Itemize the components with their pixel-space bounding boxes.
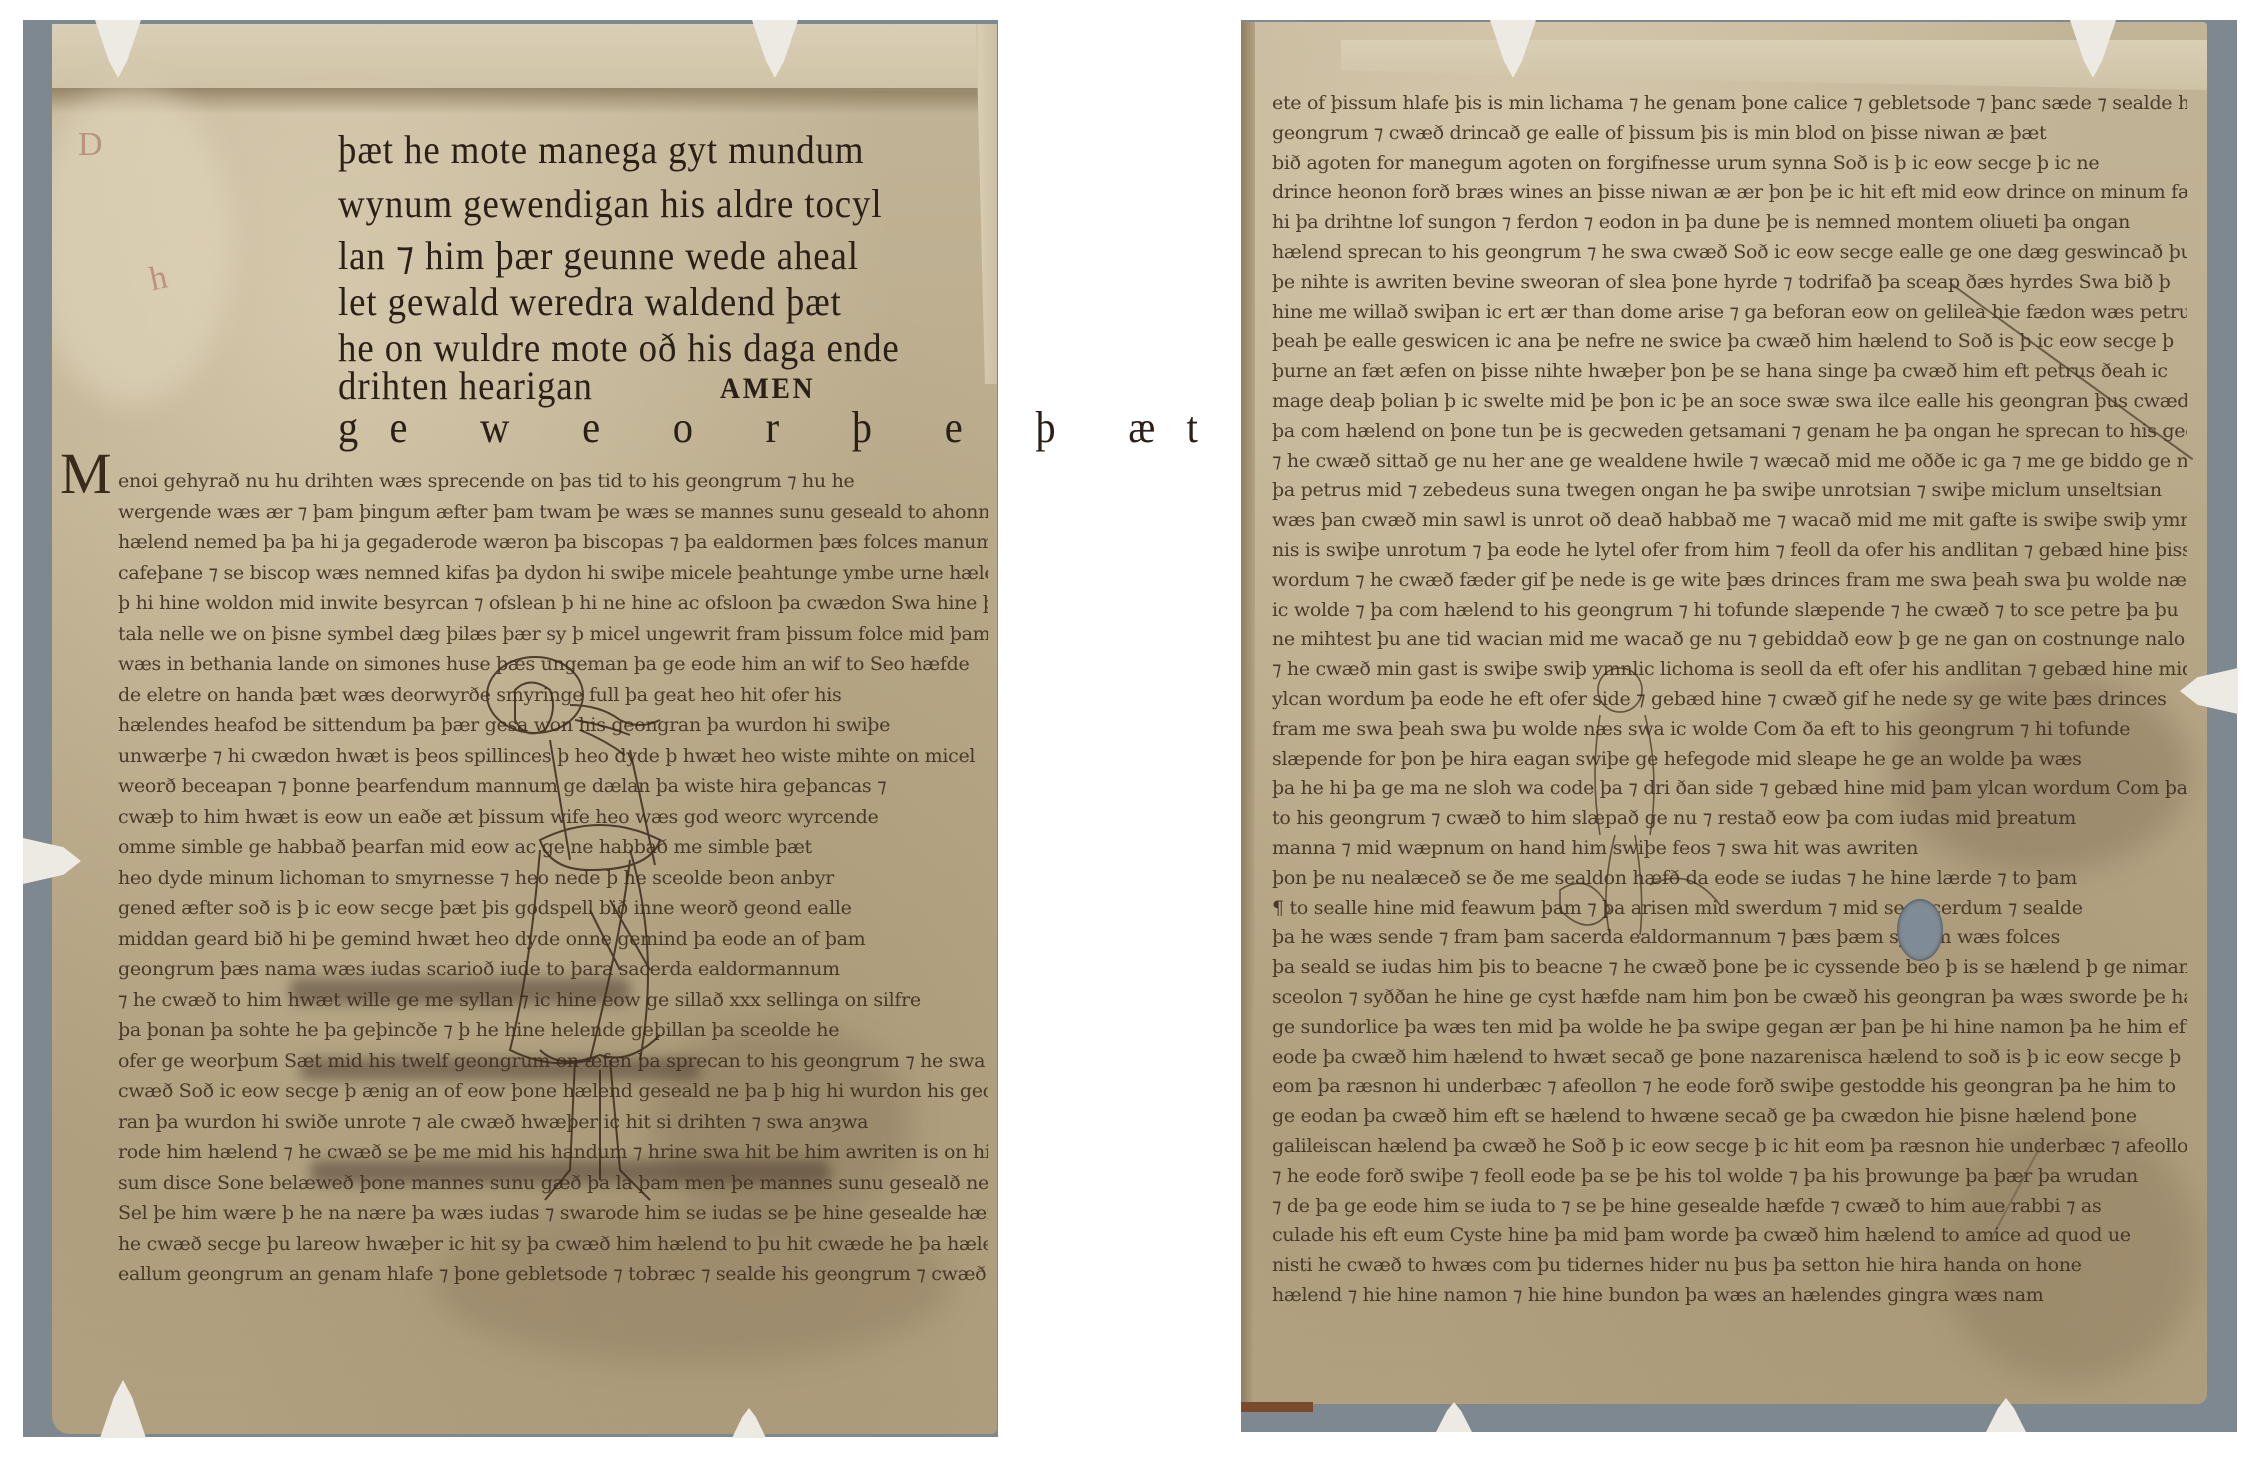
manuscript-text-line: cafeþane ⁊ se biscop wæs nemned kifas þa… xyxy=(118,562,988,584)
manuscript-text-line: þeah þe ealle geswicen ic ana þe nefre n… xyxy=(1272,330,2187,352)
manuscript-text-line: eom þa ræsnon hi underbæc ⁊ afeollon ⁊ h… xyxy=(1272,1075,2187,1097)
parchment-hole xyxy=(1897,899,1943,961)
manuscript-text-line: ge sundorlice þa wæs ten mid þa wolde he… xyxy=(1272,1016,2187,1038)
manuscript-text-line: nisti he cwæð to hwæs com þu tidernes hi… xyxy=(1272,1254,2187,1276)
manuscript-text-line: hine me willað swiþan ic ert ær than dom… xyxy=(1272,301,2187,323)
manuscript-text-line: ⁊ he eode forð swiþe ⁊ feoll eode þa se … xyxy=(1272,1165,2187,1187)
amen-label: AMEN xyxy=(720,372,815,406)
manuscript-text-line: ⁊ he cwæð sittað ge nu her ane ge wealde… xyxy=(1272,450,2187,472)
heading-line: let gewald weredra waldend þæt xyxy=(338,278,842,325)
manuscript-text-line: ge eodan þa cwæð him eft se hælend to hw… xyxy=(1272,1105,2187,1127)
manuscript-text-line: hælend ⁊ hie hine namon ⁊ hie hine bundo… xyxy=(1272,1284,2187,1306)
manuscript-text-line: tala nelle we on þisne symbel dæg þilæs … xyxy=(118,623,988,645)
manuscript-text-line: þe nihte is awriten bevine sweoran of sl… xyxy=(1272,271,2187,293)
manuscript-text-line: he cwæð secge þu lareow hwæþer ic hit sy… xyxy=(118,1233,988,1255)
manuscript-text-line: galileiscan hælend þa cwæð he Soð þ ic e… xyxy=(1272,1135,2187,1157)
manuscript-text-line: wergende wæs ær ⁊ þam þingum æfter þam t… xyxy=(118,501,988,523)
binding-edge xyxy=(1241,22,1255,1404)
dark-stain xyxy=(1941,1122,2201,1382)
manuscript-text-line: ⁊ de þa ge eode him se iuda to ⁊ se þe h… xyxy=(1272,1195,2187,1217)
manuscript-text-line: eode þa cwæð him hælend to hwæt secað ge… xyxy=(1272,1046,2187,1068)
manuscript-text-line: ete of þissum hlafe þis is min lichama ⁊… xyxy=(1272,92,2187,114)
margin-mark-d: D xyxy=(78,126,103,164)
manuscript-text-line: enoi gehyrað nu hu drihten wæs sprecende… xyxy=(118,470,988,492)
manuscript-text-line: wæs þan cwæð min sawl is unrot oð deað h… xyxy=(1272,509,2187,531)
manuscript-text-line: bið agoten for manegum agoten on forgifn… xyxy=(1272,152,2187,174)
manuscript-text-line: hælend nemed þa þa hi ja gegaderode wæro… xyxy=(118,531,988,553)
top-flap xyxy=(52,24,997,92)
manuscript-text-line: wordum ⁊ he cwæð fæder gif þe nede is ge… xyxy=(1272,569,2187,591)
manuscript-text-line: þa com hælend on þone tun þe is gecweden… xyxy=(1272,420,2187,442)
manuscript-text-line: nis is swiþe unrotum ⁊ þa eode he lytel … xyxy=(1272,539,2187,561)
heading-line: wynum gewendigan his aldre tocyl xyxy=(338,180,883,227)
manuscript-text-line: eallum geongrum an genam hlafe ⁊ þone ge… xyxy=(118,1263,988,1285)
manuscript-text-line: ic wolde ⁊ þa com hælend to his geongrum… xyxy=(1272,599,2187,621)
figure-drawing xyxy=(1520,660,1740,960)
manuscript-text-line: culade his eft eum Cyste hine þa mid þam… xyxy=(1272,1224,2187,1246)
manuscript-text-line: ne mihtest þu ane tid wacian mid me waca… xyxy=(1272,628,2187,650)
manuscript-text-line: mage deaþ þolian þ ic swelte mid þe þon … xyxy=(1272,390,2187,412)
heading-line-spaced: ge w e o r þ e þ æt xyxy=(338,402,1229,453)
heading-line: þæt he mote manega gyt mundum xyxy=(338,126,864,173)
manuscript-text-line: þa petrus mid ⁊ zebedeus suna twegen ong… xyxy=(1272,479,2187,501)
binding-leather-corner xyxy=(1241,1402,1313,1412)
flap-shadow xyxy=(52,88,997,114)
heading-line: lan ⁊ him þær geunne wede aheal xyxy=(338,232,859,279)
manuscript-text-line: sceolon ⁊ syððan he hine ge cyst hæfde n… xyxy=(1272,986,2187,1008)
manuscript-text-line: hælend sprecan to his geongrum ⁊ he swa … xyxy=(1272,241,2187,263)
manuscript-text-line: geongrum ⁊ cwæð drincað ge ealle of þiss… xyxy=(1272,122,2187,144)
manuscript-text-line: hi þa drihtne lof sungon ⁊ ferdon ⁊ eodo… xyxy=(1272,211,2187,233)
top-flap xyxy=(1341,40,2207,90)
manuscript-text-line: þ hi hine woldon mid inwite besyrcan ⁊ o… xyxy=(118,592,988,614)
manuscript-text-line: drince heonon forð bræs wines an þisse n… xyxy=(1272,181,2187,203)
initial-capital: M xyxy=(60,440,112,507)
manuscript-text-line: þurne an fæt æfen on þisse nihte hwæþer … xyxy=(1272,360,2187,382)
figure-drawing xyxy=(480,650,740,1210)
